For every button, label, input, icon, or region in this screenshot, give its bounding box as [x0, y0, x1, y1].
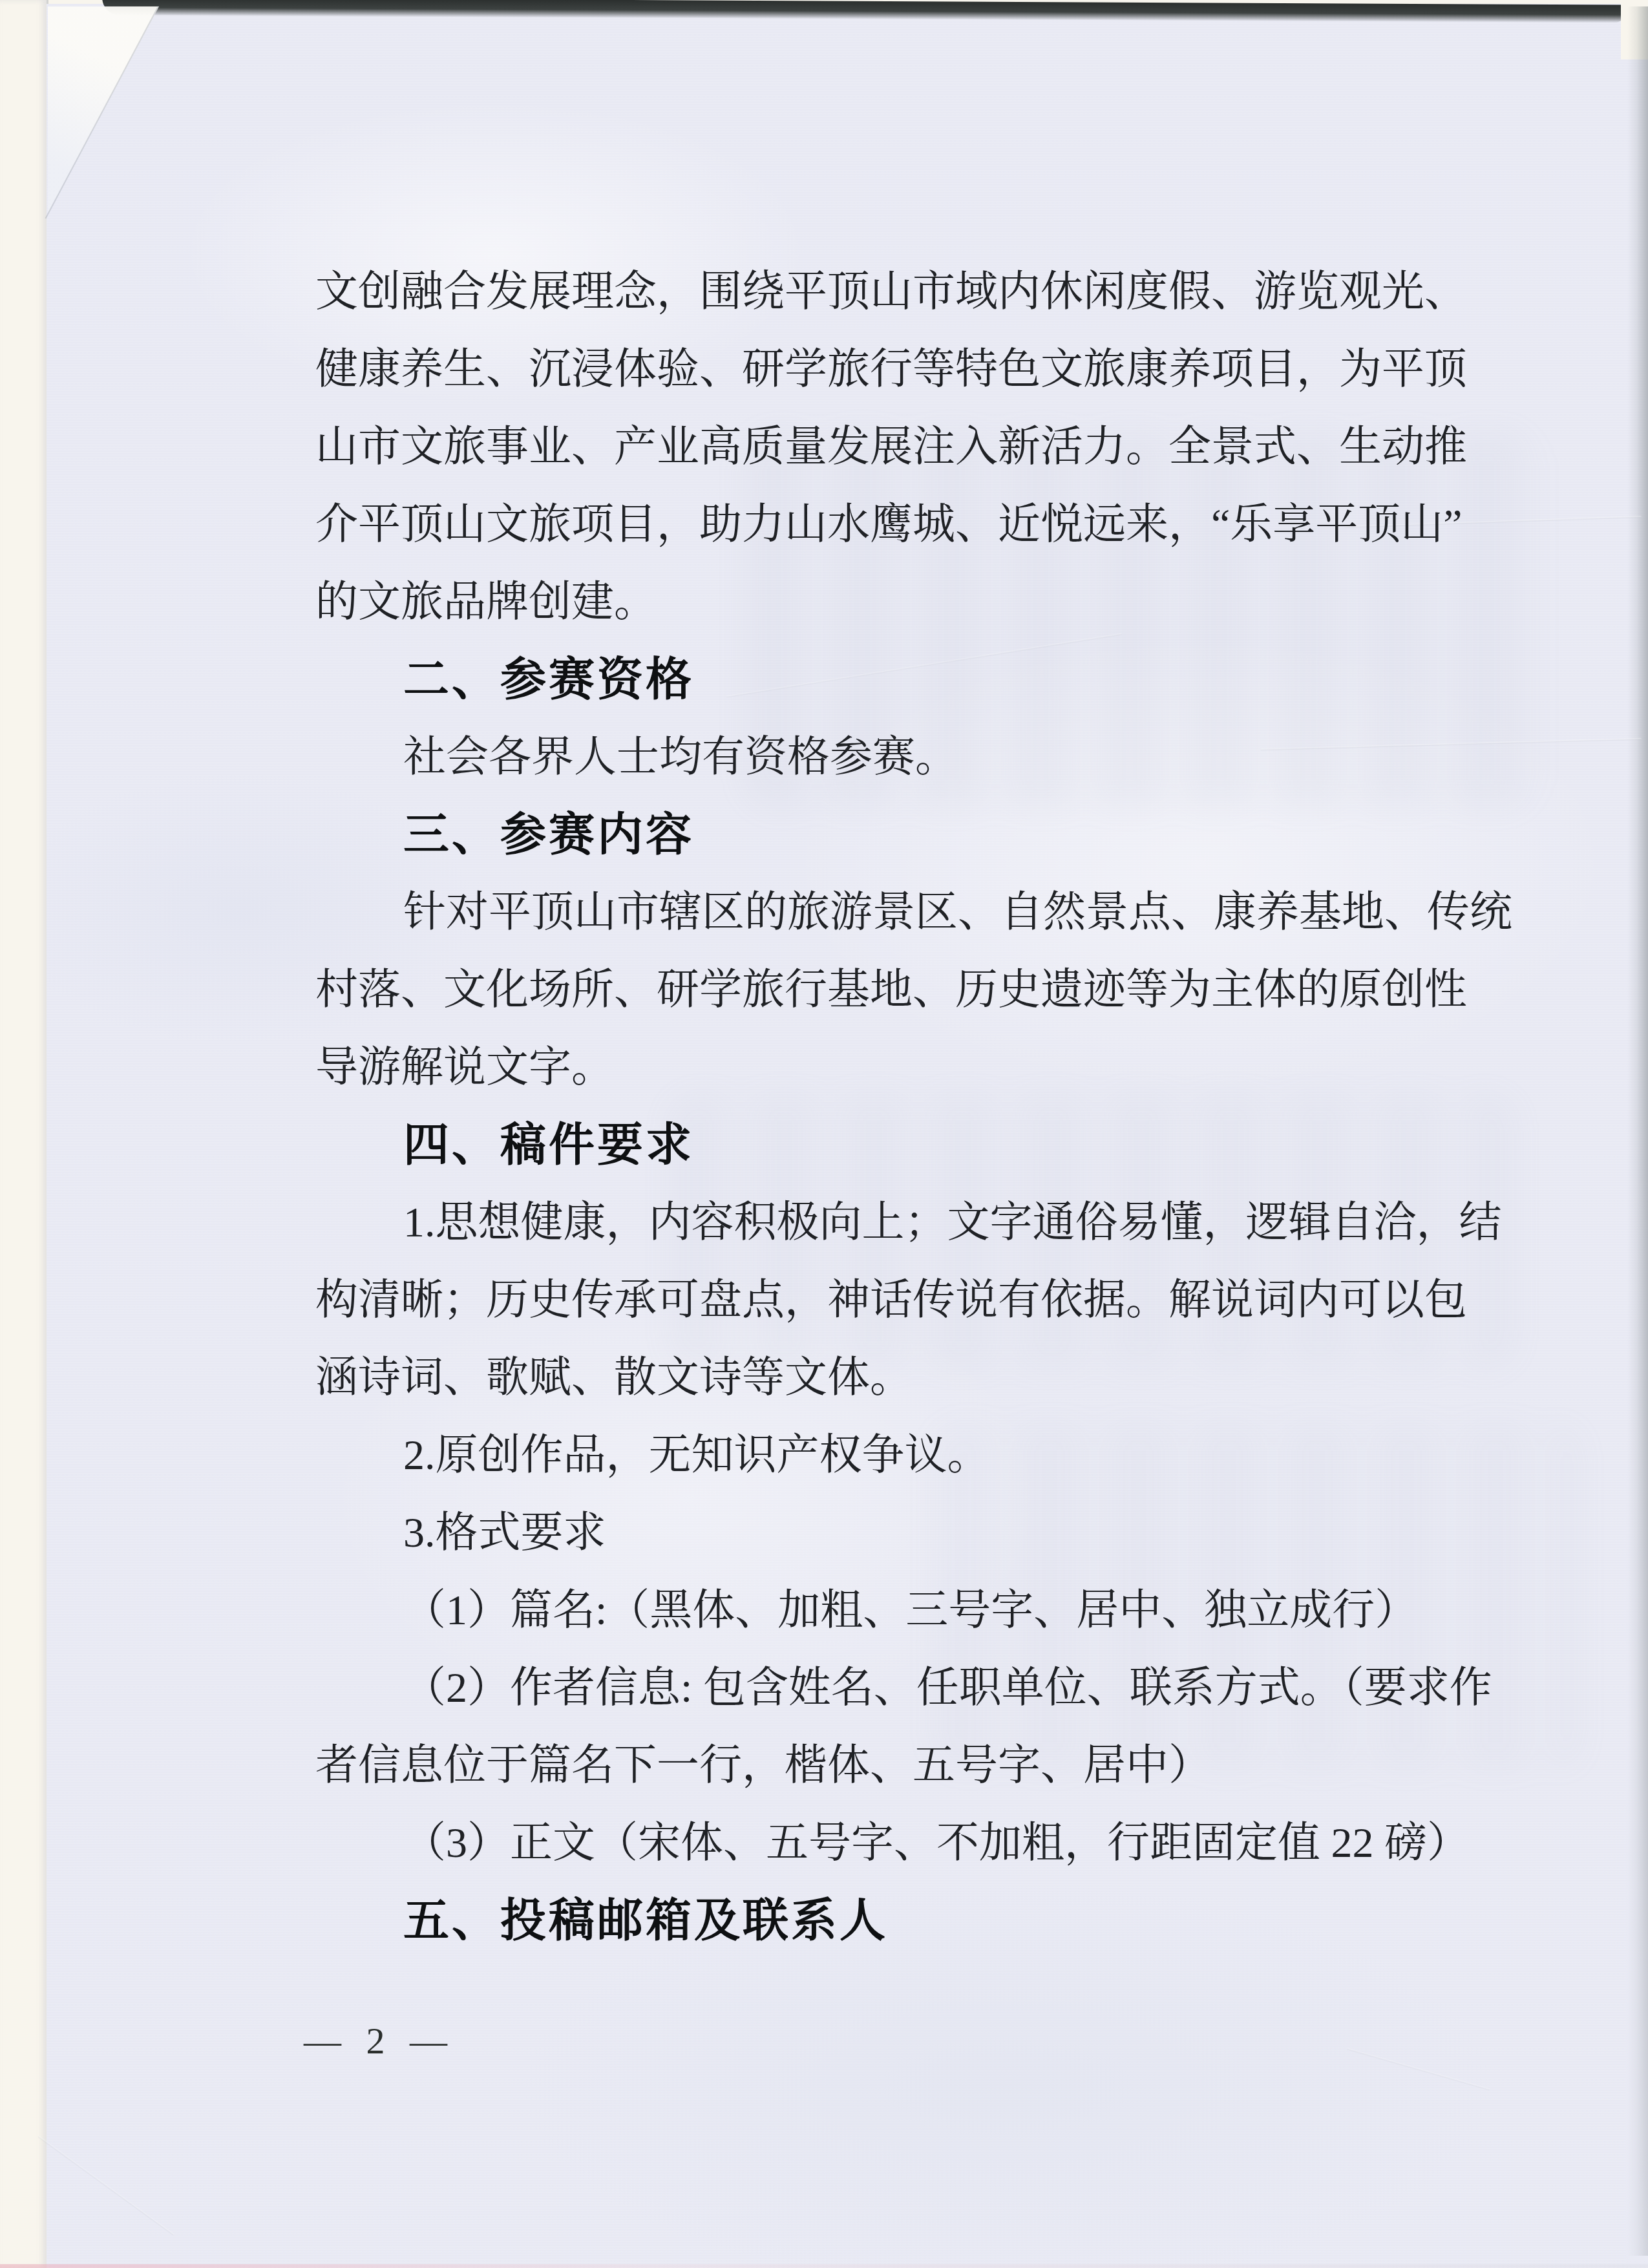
section-heading: 五、投稿邮箱及联系人	[315, 1882, 1430, 1960]
text-line: 社会各界人士均有资格参赛。	[315, 719, 1430, 796]
text-line: 健康养生、沉浸体验、研学旅行等特色文旅康养项目，为平顶	[315, 331, 1430, 408]
scanned-page: 文创融合发展理念，围绕平顶山市域内休闲度假、游览观光、健康养生、沉浸体验、研学旅…	[0, 0, 1648, 2268]
text-line: 文创融合发展理念，围绕平顶山市域内休闲度假、游览观光、	[315, 253, 1430, 331]
section-heading: 三、参赛内容	[315, 796, 1430, 874]
text-line: 构清晰；历史传承可盘点，神话传说有依据。解说词内可以包	[315, 1262, 1430, 1339]
text-line: 3.格式要求	[315, 1494, 1430, 1572]
scan-bottom-edge	[0, 2264, 1648, 2268]
section-heading: 四、稿件要求	[315, 1107, 1430, 1184]
text-line: 1.思想健康，内容积极向上；文字通俗易懂，逻辑自洽，结	[315, 1184, 1430, 1262]
text-line: 者信息位于篇名下一行，楷体、五号字、居中）	[315, 1727, 1430, 1805]
text-line: （2）作者信息: 包含姓名、任职单位、联系方式。（要求作	[315, 1649, 1430, 1727]
text-line: 2.原创作品，无知识产权争议。	[315, 1417, 1430, 1494]
scanner-left-margin	[0, 0, 48, 2268]
text-line: 导游解说文字。	[315, 1029, 1430, 1107]
text-line: 涵诗词、歌赋、散文诗等文体。	[315, 1339, 1430, 1417]
text-line: 针对平顶山市辖区的旅游景区、自然景点、康养基地、传统	[315, 874, 1430, 951]
document-body: 文创融合发展理念，围绕平顶山市域内休闲度假、游览观光、健康养生、沉浸体验、研学旅…	[315, 253, 1430, 1960]
page-right-edge-fade	[1626, 1163, 1648, 2268]
text-line: 山市文旅事业、产业高质量发展注入新活力。全景式、生动推	[315, 408, 1430, 486]
section-heading: 二、参赛资格	[315, 641, 1430, 719]
text-line: （1）篇名:（黑体、加粗、三号字、居中、独立成行）	[315, 1572, 1430, 1649]
text-line: 介平顶山文旅项目，助力山水鹰城、近悦远来，“乐享平顶山”	[315, 486, 1430, 564]
text-line: 的文旅品牌创建。	[315, 564, 1430, 641]
text-line: （3）正文（宋体、五号字、不加粗，行距固定值 22 磅）	[315, 1805, 1430, 1882]
page-number: — 2 —	[304, 2019, 455, 2062]
text-line: 村落、文化场所、研学旅行基地、历史遗迹等为主体的原创性	[315, 951, 1430, 1029]
